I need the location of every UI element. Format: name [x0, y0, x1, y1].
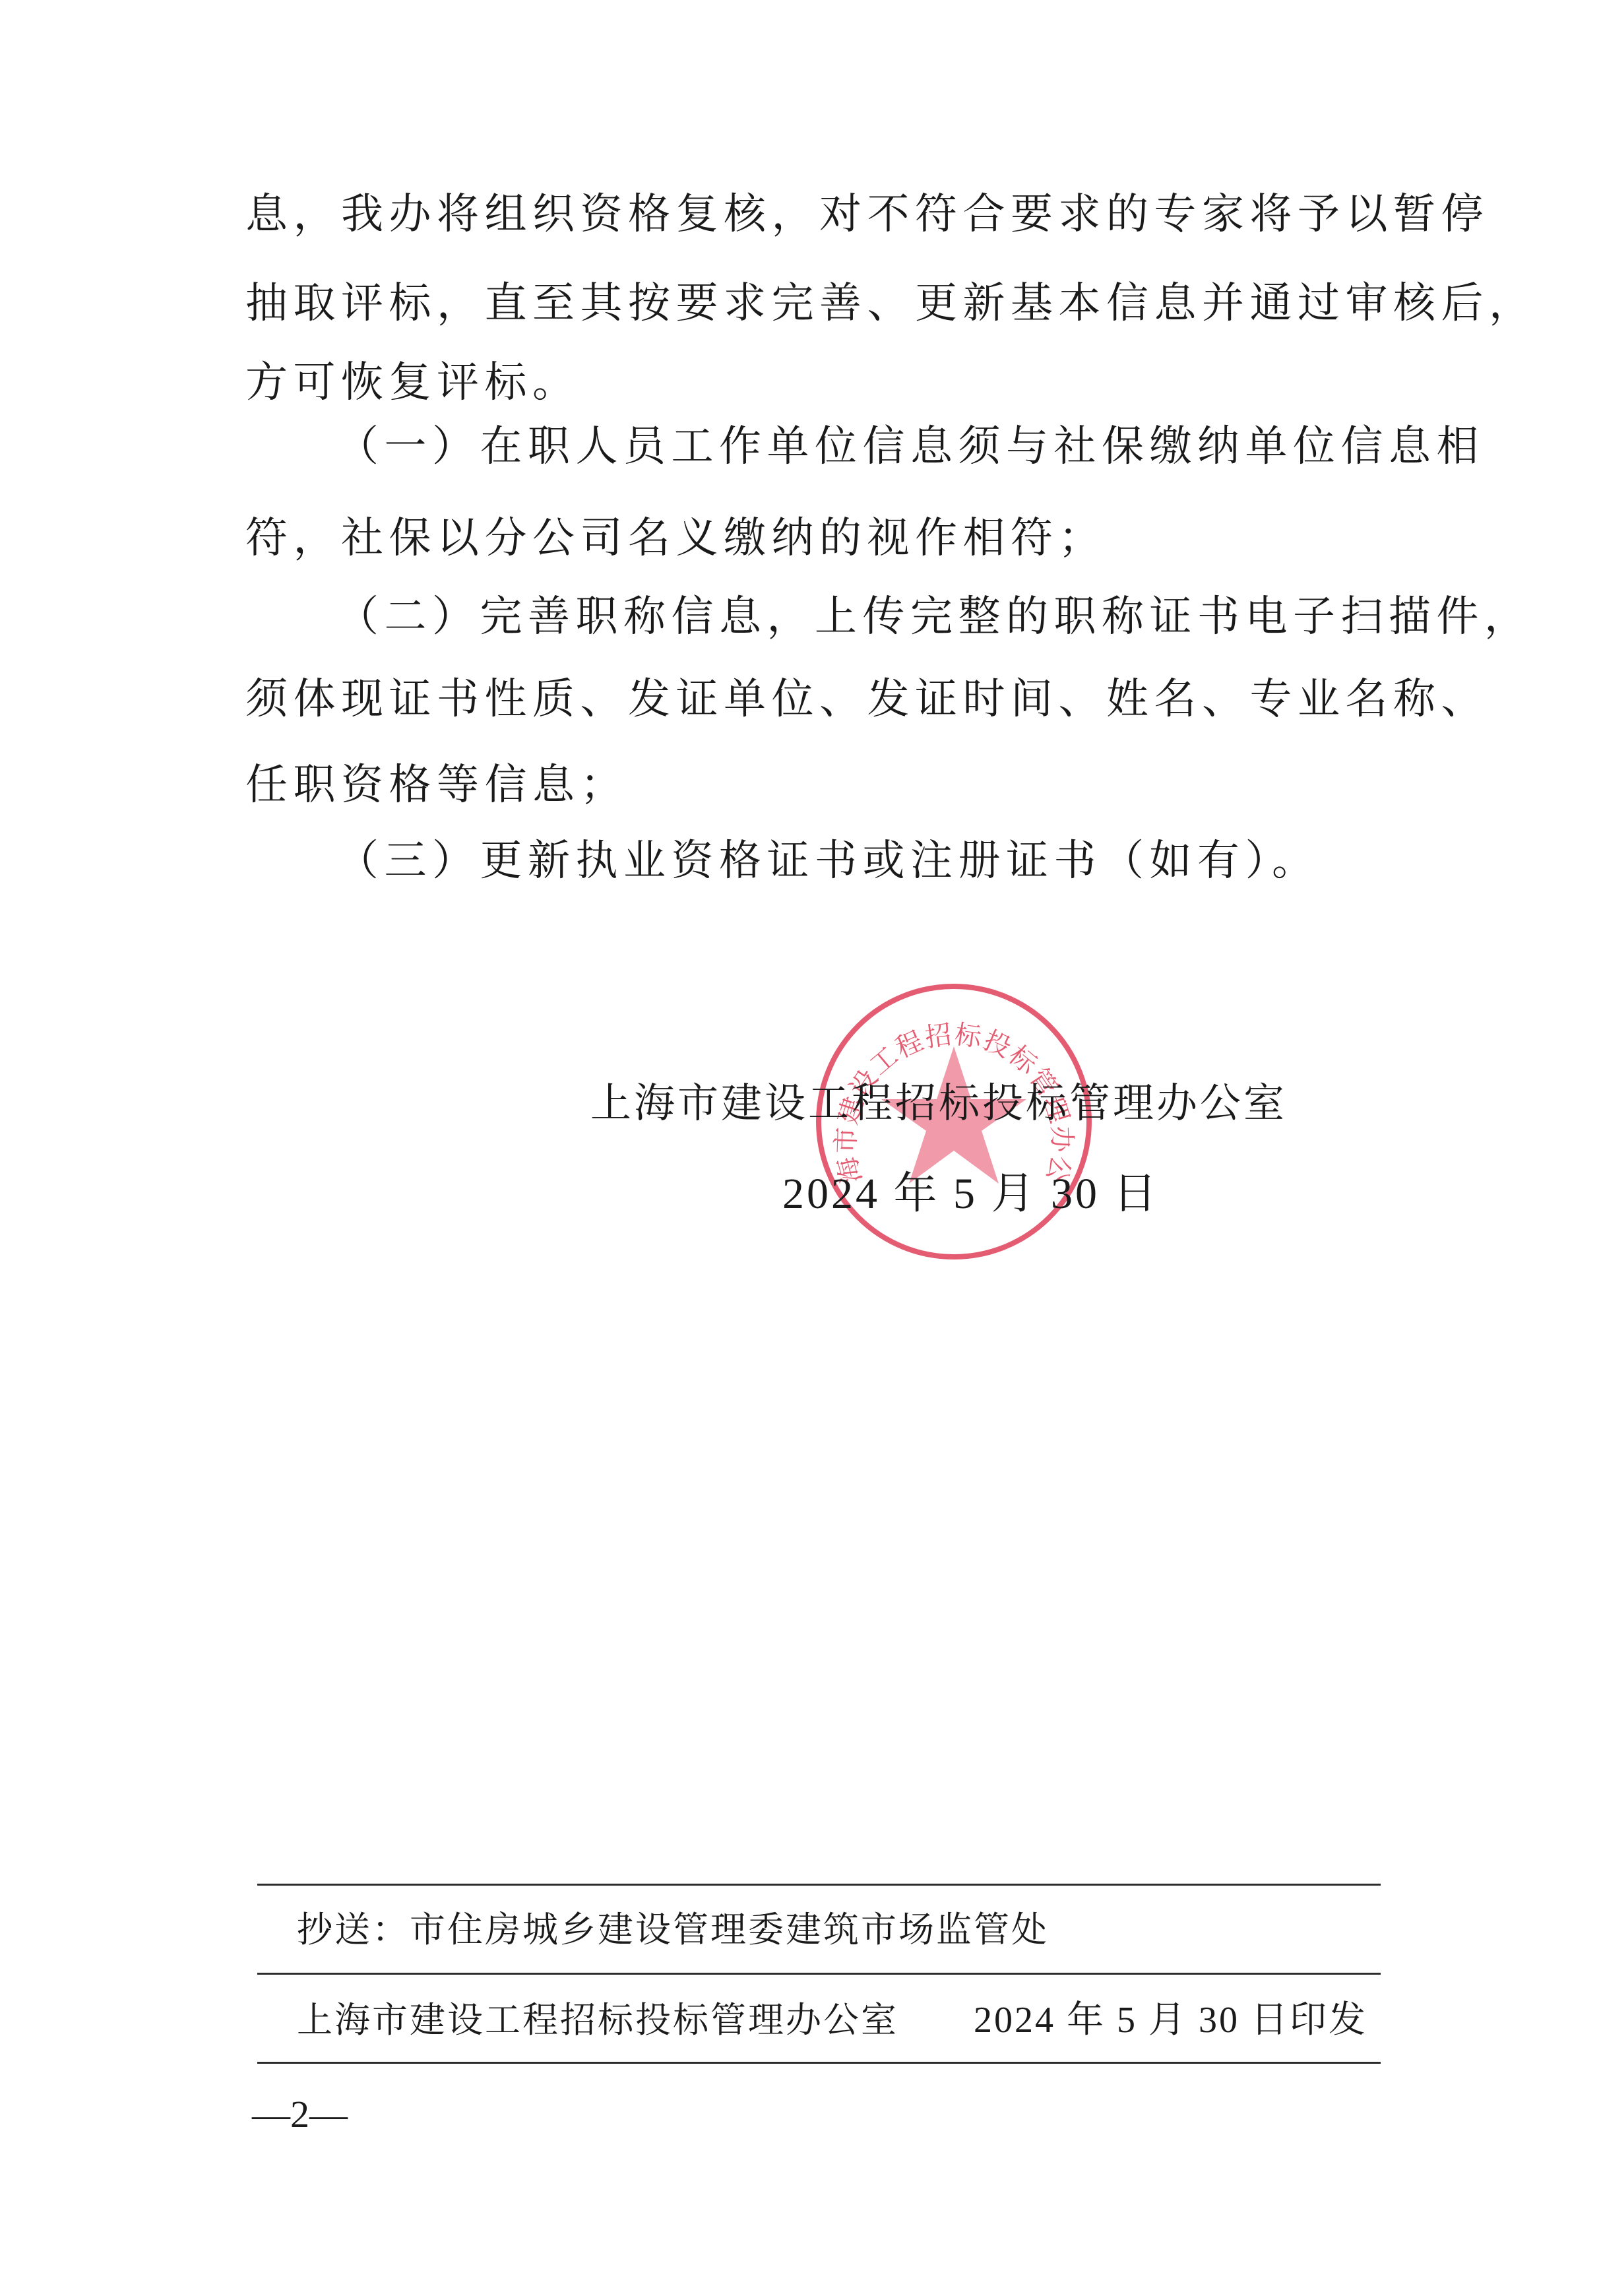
body-line-2: 抽取评标，直至其按要求完善、更新基本信息并通过审核后， — [245, 277, 1537, 330]
issuer: 上海市建设工程招标投标管理办公室 — [297, 1997, 898, 2043]
body-item-2-line-2: 须体现证书性质、发证单位、发证时间、姓名、专业名称、 — [245, 673, 1489, 726]
issue-date: 2024 年 5 月 30 日印发 — [974, 1997, 1367, 2043]
footer-rule-top — [257, 1884, 1381, 1886]
body-line-3: 方可恢复评标。 — [245, 356, 580, 409]
body-item-3: （三）更新执业资格证书或注册证书（如有）。 — [336, 835, 1320, 887]
signature-date: 2024 年 5 月 30 日 — [782, 1168, 1160, 1221]
body-item-1-line-2: 符，社保以分公司名义缴纳的视作相符； — [245, 512, 1106, 565]
footer-rule-middle — [257, 1973, 1381, 1975]
cc-label: 抄送： — [297, 1909, 410, 1950]
cc-recipient: 市住房城乡建设管理委建筑市场监管处 — [410, 1909, 1049, 1950]
signature-organization: 上海市建设工程招标投标管理办公室 — [590, 1077, 1287, 1130]
body-item-1-line-1: （一）在职人员工作单位信息须与社保缴纳单位信息相 — [336, 420, 1484, 473]
page-number: —2— — [252, 2091, 348, 2138]
body-line-1: 息，我办将组织资格复核，对不符合要求的专家将予以暂停 — [245, 188, 1489, 241]
cc-line: 抄送：市住房城乡建设管理委建筑市场监管处 — [297, 1907, 1049, 1953]
footer-rule-bottom — [257, 2062, 1381, 2064]
body-item-2-line-3: 任职资格等信息； — [245, 759, 628, 812]
body-item-2-line-1: （二）完善职称信息，上传完整的职称证书电子扫描件， — [336, 590, 1532, 643]
